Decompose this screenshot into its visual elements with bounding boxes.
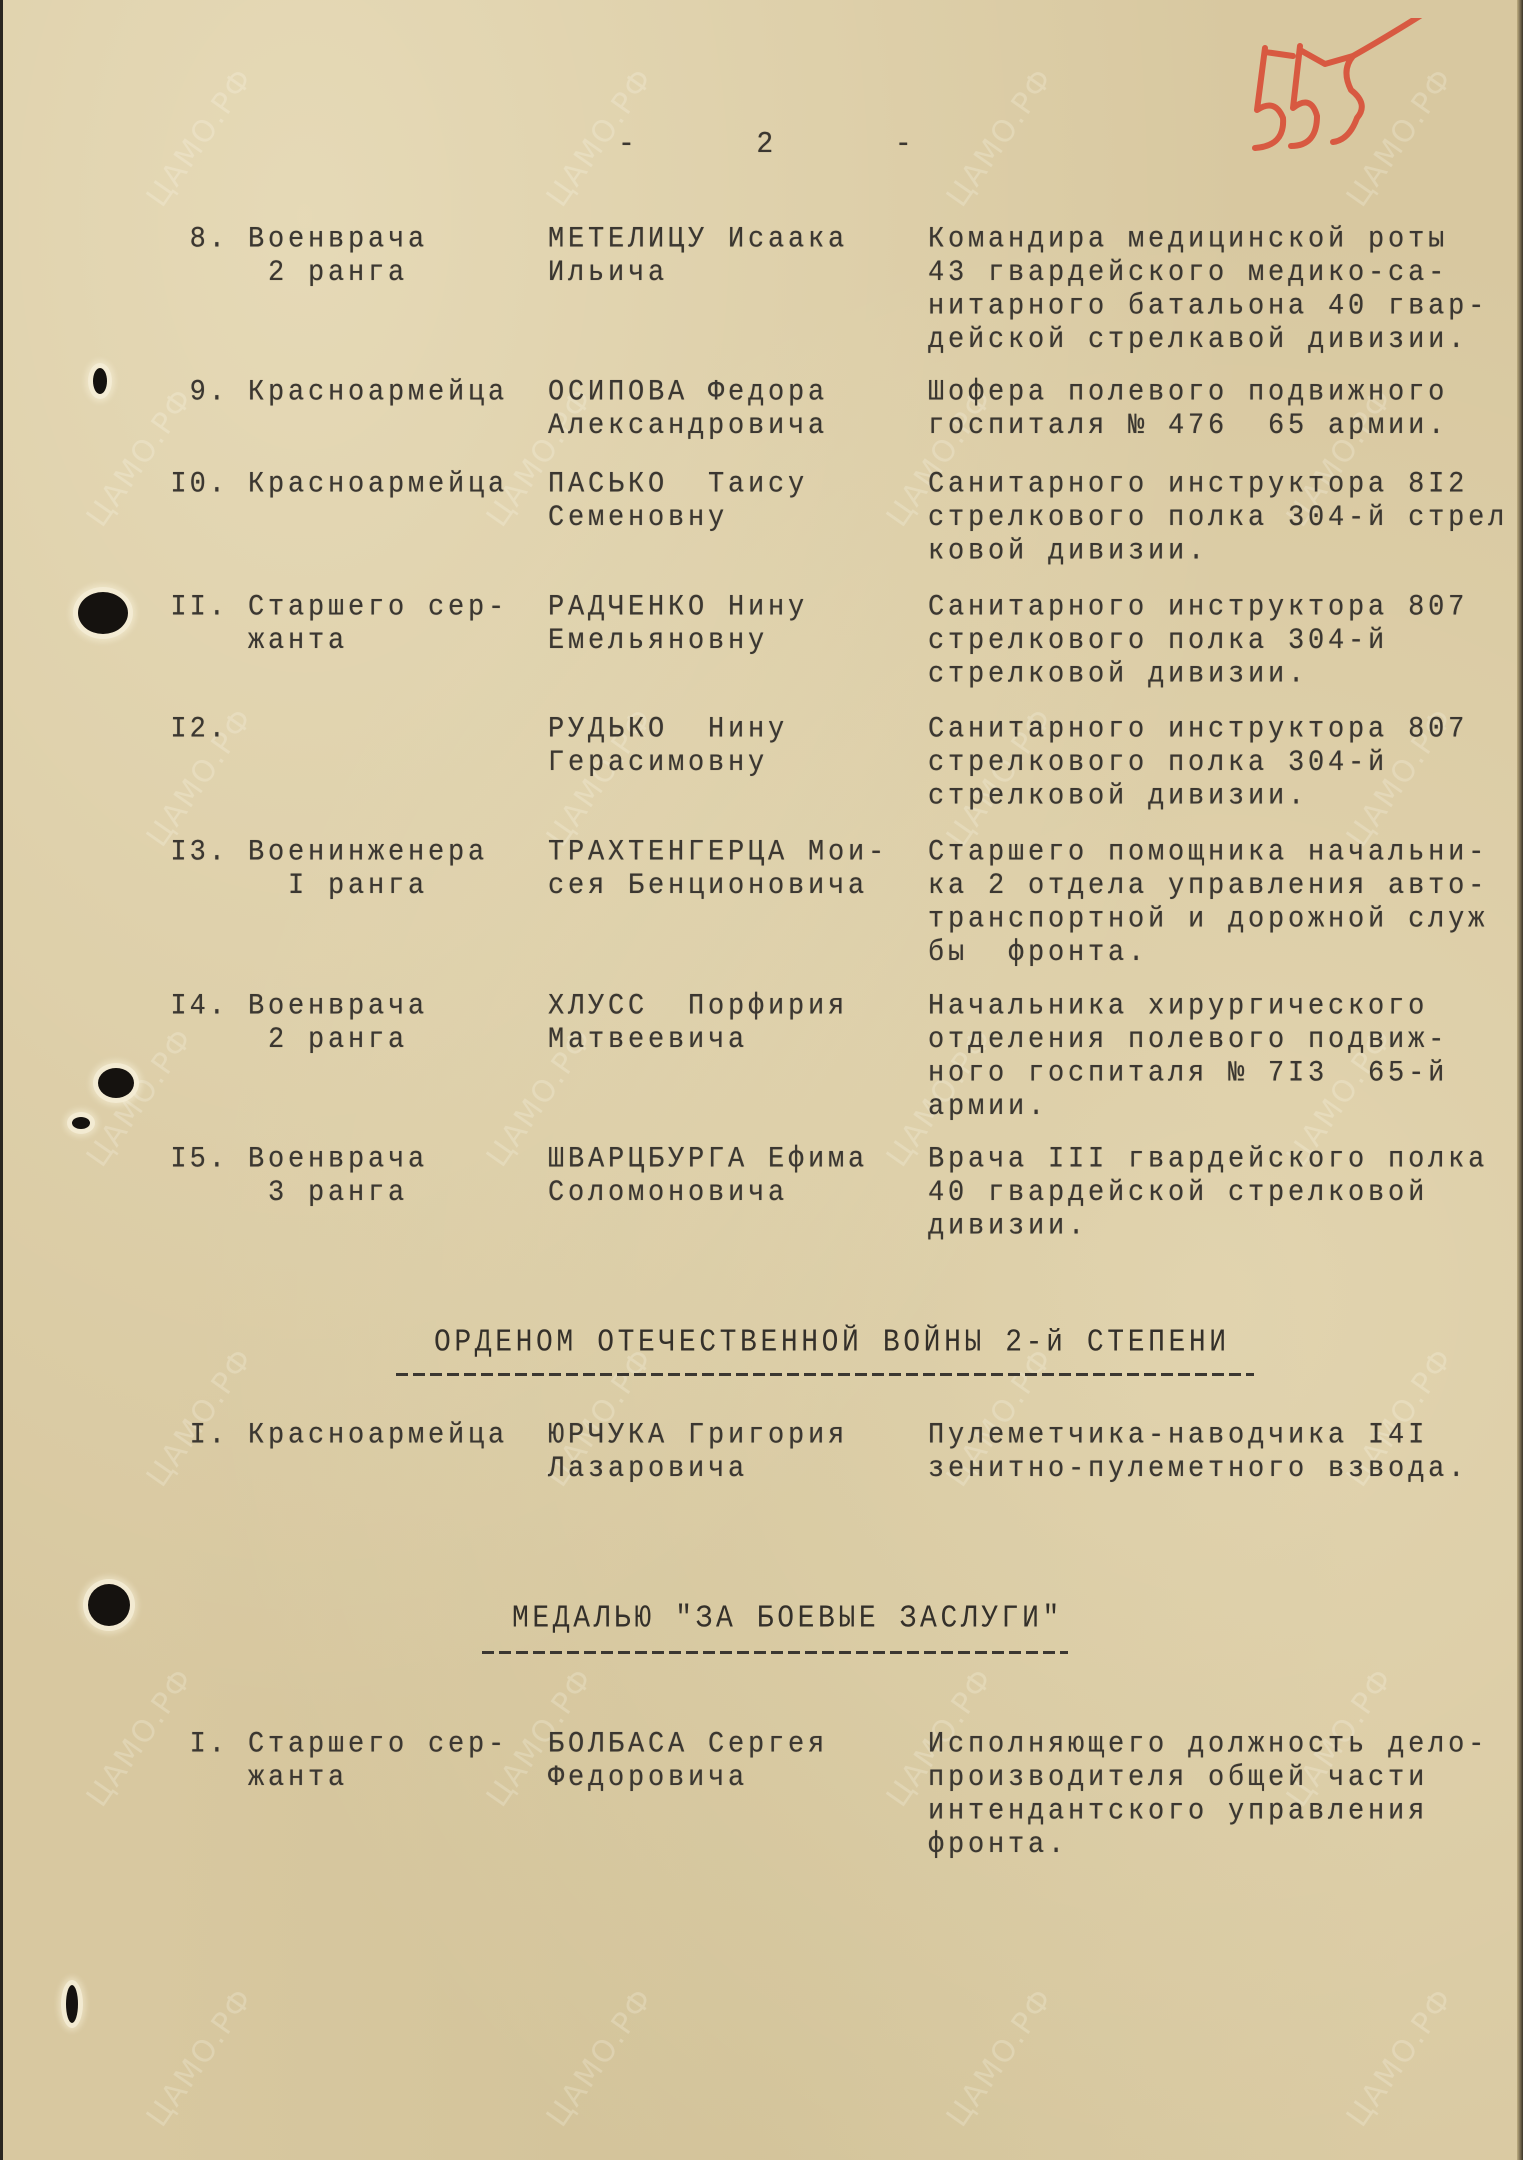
- heading-underline: [396, 1373, 1254, 1376]
- entry-name: РУДЬКО Нину Герасимовну: [548, 714, 788, 781]
- entry-position: Командира медицинской роты 43 гвардейско…: [928, 224, 1488, 358]
- entry-number: I2.: [138, 714, 228, 747]
- entry-number: 8.: [138, 224, 228, 257]
- entry-rank: Красноармейца: [248, 469, 508, 502]
- paper-edge-left: [0, 0, 3, 2160]
- entry-number: I3.: [138, 837, 228, 870]
- entry-name: ОСИПОВА Федора Александровича: [548, 377, 828, 444]
- entry-position: Старшего помощника начальни- ка 2 отдела…: [928, 837, 1488, 971]
- entry-number: I.: [138, 1420, 228, 1453]
- entry-name: ШВАРЦБУРГА Ефима Соломоновича: [548, 1144, 868, 1211]
- section-heading-medal-combat-merit: МЕДАЛЬЮ "ЗА БОЕВЫЕ ЗАСЛУГИ": [512, 1602, 1063, 1637]
- entry-number: I4.: [138, 991, 228, 1024]
- watermark-text: ЦАМО.РФ: [540, 1982, 661, 2134]
- entry-name: МЕТЕЛИЦУ Исаака Ильича: [548, 224, 848, 291]
- watermark-text: ЦАМО.РФ: [940, 62, 1061, 214]
- punch-hole: [93, 368, 107, 394]
- entry-name: ПАСЬКО Таису Семеновну: [548, 469, 808, 536]
- watermark-text: ЦАМО.РФ: [940, 1982, 1061, 2134]
- entry-position: Исполняющего должность дело- производите…: [928, 1729, 1488, 1863]
- entry-rank: Военврача 3 ранга: [248, 1144, 428, 1211]
- entry-position: Санитарного инструктора 807 стрелкового …: [928, 592, 1468, 692]
- entry-number: I5.: [138, 1144, 228, 1177]
- entry-number: II.: [138, 592, 228, 625]
- page-number: - 2 -: [618, 128, 916, 161]
- entry-name: БОЛБАСА Сергея Федоровича: [548, 1729, 828, 1796]
- entry-name: ЮРЧУКА Григория Лазаровича: [548, 1420, 848, 1487]
- punch-hole: [78, 592, 128, 634]
- entry-position: Санитарного инструктора 8I2 стрелкового …: [928, 469, 1508, 569]
- entry-position: Начальника хирургического отделения поле…: [928, 991, 1448, 1125]
- entry-rank: Военврача 2 ранга: [248, 224, 428, 291]
- entry-rank: Старшего сер- жанта: [248, 1729, 508, 1796]
- entry-name: ТРАХТЕНГЕРЦА Мои- сея Бенционовича: [548, 837, 888, 904]
- watermark-text: ЦАМО.РФ: [140, 62, 261, 214]
- entry-rank: Старшего сер- жанта: [248, 592, 508, 659]
- entry-number: I0.: [138, 469, 228, 502]
- entry-number: 9.: [138, 377, 228, 410]
- watermark-text: ЦАМО.РФ: [140, 1982, 261, 2134]
- entry-name: РАДЧЕНКО Нину Емельяновну: [548, 592, 808, 659]
- punch-hole: [66, 1985, 78, 2023]
- watermark-text: ЦАМО.РФ: [140, 1342, 261, 1494]
- punch-hole: [98, 1068, 134, 1098]
- section-heading-order-patriotic-war: ОРДЕНОМ ОТЕЧЕСТВЕННОЙ ВОЙНЫ 2-й СТЕПЕНИ: [434, 1326, 1230, 1361]
- entry-name: ХЛУСС Порфирия Матвеевича: [548, 991, 848, 1058]
- entry-position: Пулеметчика-наводчика I4I зенитно-пулеме…: [928, 1420, 1468, 1487]
- heading-underline: [482, 1651, 1068, 1654]
- punch-hole: [88, 1584, 130, 1626]
- entry-rank: Военинженера I ранга: [248, 837, 488, 904]
- entry-position: Врача III гвардейского полка 40 гвардейс…: [928, 1144, 1488, 1244]
- entry-rank: Красноармейца: [248, 377, 508, 410]
- archive-mark-handwritten: [1245, 18, 1425, 158]
- watermark-text: ЦАМО.РФ: [1340, 1982, 1461, 2134]
- paper-edge-right: [1517, 0, 1523, 2160]
- entry-position: Санитарного инструктора 807 стрелкового …: [928, 714, 1468, 814]
- entry-position: Шофера полевого подвижного госпиталя № 4…: [928, 377, 1448, 444]
- entry-number: I.: [138, 1729, 228, 1762]
- entry-rank: Красноармейца: [248, 1420, 508, 1453]
- entry-rank: Военврача 2 ранга: [248, 991, 428, 1058]
- document-page: ЦАМО.РФЦАМО.РФЦАМО.РФЦАМО.РФЦАМО.РФЦАМО.…: [0, 0, 1523, 2160]
- punch-hole: [72, 1117, 90, 1129]
